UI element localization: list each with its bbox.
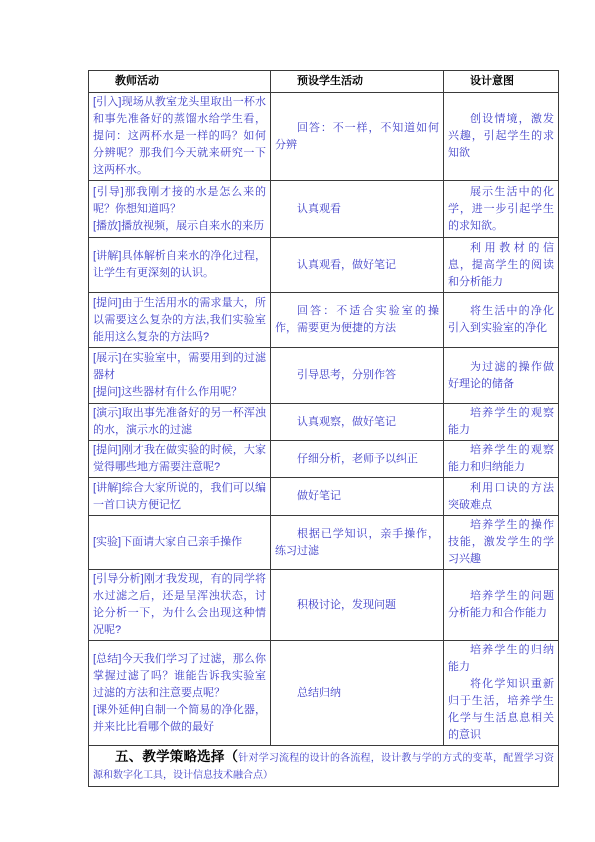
lesson-plan-table: 教师活动 预设学生活动 设计意图 [引入]现场从教室龙头里取出一杯水和事先准备好…	[88, 70, 559, 787]
paragraph: 仔细分析，老师予以纠正	[275, 451, 439, 468]
strategy-heading: 五、教学策略选择	[115, 749, 225, 764]
paragraph: 培养学生的观察能力和归纳能力	[448, 442, 554, 476]
student-cell: 引导思考，分别作答	[271, 348, 444, 404]
header-student-activities: 预设学生活动	[271, 71, 444, 93]
header-label: 设计意图	[448, 73, 554, 90]
paragraph: 为过滤的操作做好理论的储备	[448, 359, 554, 393]
paragraph: 利用教材的信息，提高学生的阅读和分析能力	[448, 240, 554, 291]
student-cell: 总结归纳	[271, 641, 444, 746]
table-row: [展示]在实验室中，需要用到的过滤器材 [提问]这些器材有什么作用呢？ 引导思考…	[89, 348, 559, 404]
paragraph: [总结]今天我们学习了过滤，那么你掌握过滤了吗？谁能告诉我实验室过滤的方法和注意…	[93, 651, 266, 702]
paragraph: 培养学生的归纳能力	[448, 642, 554, 676]
strategy-row: 五、教学策略选择（针对学习流程的设计的各流程，设计教与学的方式的变革，配置学习资…	[89, 746, 559, 787]
teacher-cell: [展示]在实验室中，需要用到的过滤器材 [提问]这些器材有什么作用呢？	[89, 348, 271, 404]
paragraph: 培养学生的观察能力	[448, 405, 554, 439]
intent-cell: 培养学生的归纳能力 将化学知识重新归于生活，培养学生化学与生活息息相关的意识	[444, 641, 559, 746]
teacher-cell: [演示]取出事先准备好的另一杯浑浊的水，演示水的过滤	[89, 404, 271, 441]
header-label: 教师活动	[93, 73, 266, 90]
strategy-paren-open: （	[225, 749, 239, 764]
intent-cell: 培养学生的问题分析能力和合作能力	[444, 570, 559, 641]
paragraph: 总结归纳	[275, 685, 439, 702]
student-cell: 做好笔记	[271, 478, 444, 516]
paragraph: [实验]下面请大家自己亲手操作	[93, 534, 266, 551]
teacher-cell: [引入]现场从教室龙头里取出一杯水和事先准备好的蒸馏水给学生看，提问：这两杯水是…	[89, 93, 271, 181]
paragraph: 将生活中的净化引入到实验室的净化	[448, 303, 554, 337]
table-row: [提问]刚才我在做实验的时候，大家觉得哪些地方需要注意呢? 仔细分析，老师予以纠…	[89, 441, 559, 478]
intent-cell: 将生活中的净化引入到实验室的净化	[444, 293, 559, 348]
teacher-cell: [总结]今天我们学习了过滤，那么你掌握过滤了吗？谁能告诉我实验室过滤的方法和注意…	[89, 641, 271, 746]
student-cell: 认真观察，做好笔记	[271, 404, 444, 441]
paragraph: 利用口诀的方法突破难点	[448, 480, 554, 514]
student-cell: 认真观看	[271, 181, 444, 238]
paragraph: [引入]现场从教室龙头里取出一杯水和事先准备好的蒸馏水给学生看，提问：这两杯水是…	[93, 94, 266, 179]
paragraph: 回答：不一样，不知道如何分辨	[275, 120, 439, 154]
teacher-cell: [实验]下面请大家自己亲手操作	[89, 516, 271, 570]
table-row: [引导分析]刚才我发现，有的同学将水过滤之后，还是呈浑浊状态，讨论分析一下，为什…	[89, 570, 559, 641]
table-row: [实验]下面请大家自己亲手操作 根据已学知识，亲手操作，练习过滤 培养学生的操作…	[89, 516, 559, 570]
header-label: 预设学生活动	[275, 73, 439, 90]
student-cell: 认真观看，做好笔记	[271, 238, 444, 293]
paragraph: [播放]播放视频，展示自来水的来历	[93, 218, 266, 235]
paragraph: [引导分析]刚才我发现，有的同学将水过滤之后，还是呈浑浊状态，讨论分析一下，为什…	[93, 571, 266, 639]
paragraph: 培养学生的问题分析能力和合作能力	[448, 588, 554, 622]
paragraph: [提问]刚才我在做实验的时候，大家觉得哪些地方需要注意呢?	[93, 442, 266, 476]
paragraph: 创设情境，激发兴趣，引起学生的求知欲	[448, 111, 554, 162]
table-row: [引导]那我刚才接的水是怎么来的呢？你想知道吗？ [播放]播放视频，展示自来水的…	[89, 181, 559, 238]
document-page: 教师活动 预设学生活动 设计意图 [引入]现场从教室龙头里取出一杯水和事先准备好…	[0, 0, 595, 842]
paragraph: 根据已学知识，亲手操作，练习过滤	[275, 526, 439, 560]
strategy-paren-close: ）	[263, 770, 273, 781]
paragraph: [引导]那我刚才接的水是怎么来的呢？你想知道吗？	[93, 184, 266, 218]
intent-cell: 利用教材的信息，提高学生的阅读和分析能力	[444, 238, 559, 293]
header-design-intent: 设计意图	[444, 71, 559, 93]
paragraph: 认真观察，做好笔记	[275, 414, 439, 431]
intent-cell: 创设情境，激发兴趣，引起学生的求知欲	[444, 93, 559, 181]
intent-cell: 培养学生的观察能力和归纳能力	[444, 441, 559, 478]
intent-cell: 为过滤的操作做好理论的储备	[444, 348, 559, 404]
paragraph: [讲解]综合大家所说的，我们可以编一首口诀方便记忆	[93, 480, 266, 514]
paragraph: [展示]在实验室中，需要用到的过滤器材	[93, 350, 266, 384]
paragraph: 回答：不适合实验室的操作，需要更为便捷的方法	[275, 303, 439, 337]
paragraph: 将化学知识重新归于生活，培养学生化学与生活息息相关的意识	[448, 676, 554, 744]
paragraph: 培养学生的操作技能，激发学生的学习兴趣	[448, 517, 554, 568]
student-cell: 根据已学知识，亲手操作，练习过滤	[271, 516, 444, 570]
table-row: [提问]由于生活用水的需求量大，所以需要这么复杂的方法,我们实验室能用这么复杂的…	[89, 293, 559, 348]
paragraph: 引导思考，分别作答	[275, 367, 439, 384]
student-cell: 仔细分析，老师予以纠正	[271, 441, 444, 478]
strategy-paragraph: 五、教学策略选择（针对学习流程的设计的各流程，设计教与学的方式的变革，配置学习资…	[93, 748, 554, 784]
paragraph: [提问]由于生活用水的需求量大，所以需要这么复杂的方法,我们实验室能用这么复杂的…	[93, 295, 266, 346]
intent-cell: 培养学生的操作技能，激发学生的学习兴趣	[444, 516, 559, 570]
table-row: [讲解]具体解析自来水的净化过程，让学生有更深刻的认识。 认真观看，做好笔记 利…	[89, 238, 559, 293]
header-teacher-activities: 教师活动	[89, 71, 271, 93]
paragraph: [讲解]具体解析自来水的净化过程，让学生有更深刻的认识。	[93, 248, 266, 282]
intent-cell: 利用口诀的方法突破难点	[444, 478, 559, 516]
paragraph: 做好笔记	[275, 488, 439, 505]
teacher-cell: [引导分析]刚才我发现，有的同学将水过滤之后，还是呈浑浊状态，讨论分析一下，为什…	[89, 570, 271, 641]
paragraph: [课外延伸]自制一个简易的净化器，并来比比看哪个做的最好	[93, 702, 266, 736]
table-row: [演示]取出事先准备好的另一杯浑浊的水，演示水的过滤 认真观察，做好笔记 培养学…	[89, 404, 559, 441]
table-row: [引入]现场从教室龙头里取出一杯水和事先准备好的蒸馏水给学生看，提问：这两杯水是…	[89, 93, 559, 181]
intent-cell: 培养学生的观察能力	[444, 404, 559, 441]
paragraph: [演示]取出事先准备好的另一杯浑浊的水，演示水的过滤	[93, 405, 266, 439]
student-cell: 回答：不一样，不知道如何分辨	[271, 93, 444, 181]
table-row: [总结]今天我们学习了过滤，那么你掌握过滤了吗？谁能告诉我实验室过滤的方法和注意…	[89, 641, 559, 746]
teacher-cell: [提问]由于生活用水的需求量大，所以需要这么复杂的方法,我们实验室能用这么复杂的…	[89, 293, 271, 348]
intent-cell: 展示生活中的化学，进一步引起学生的求知欲。	[444, 181, 559, 238]
table-row: [讲解]综合大家所说的，我们可以编一首口诀方便记忆 做好笔记 利用口诀的方法突破…	[89, 478, 559, 516]
student-cell: 回答：不适合实验室的操作，需要更为便捷的方法	[271, 293, 444, 348]
student-cell: 积极讨论，发现问题	[271, 570, 444, 641]
teacher-cell: [讲解]综合大家所说的，我们可以编一首口诀方便记忆	[89, 478, 271, 516]
teacher-cell: [提问]刚才我在做实验的时候，大家觉得哪些地方需要注意呢?	[89, 441, 271, 478]
teacher-cell: [讲解]具体解析自来水的净化过程，让学生有更深刻的认识。	[89, 238, 271, 293]
teacher-cell: [引导]那我刚才接的水是怎么来的呢？你想知道吗？ [播放]播放视频，展示自来水的…	[89, 181, 271, 238]
paragraph: 展示生活中的化学，进一步引起学生的求知欲。	[448, 184, 554, 235]
paragraph: [提问]这些器材有什么作用呢？	[93, 384, 266, 401]
strategy-cell: 五、教学策略选择（针对学习流程的设计的各流程，设计教与学的方式的变革，配置学习资…	[89, 746, 559, 787]
paragraph: 认真观看，做好笔记	[275, 257, 439, 274]
table-header-row: 教师活动 预设学生活动 设计意图	[89, 71, 559, 93]
paragraph: 积极讨论，发现问题	[275, 597, 439, 614]
paragraph: 认真观看	[275, 201, 439, 218]
